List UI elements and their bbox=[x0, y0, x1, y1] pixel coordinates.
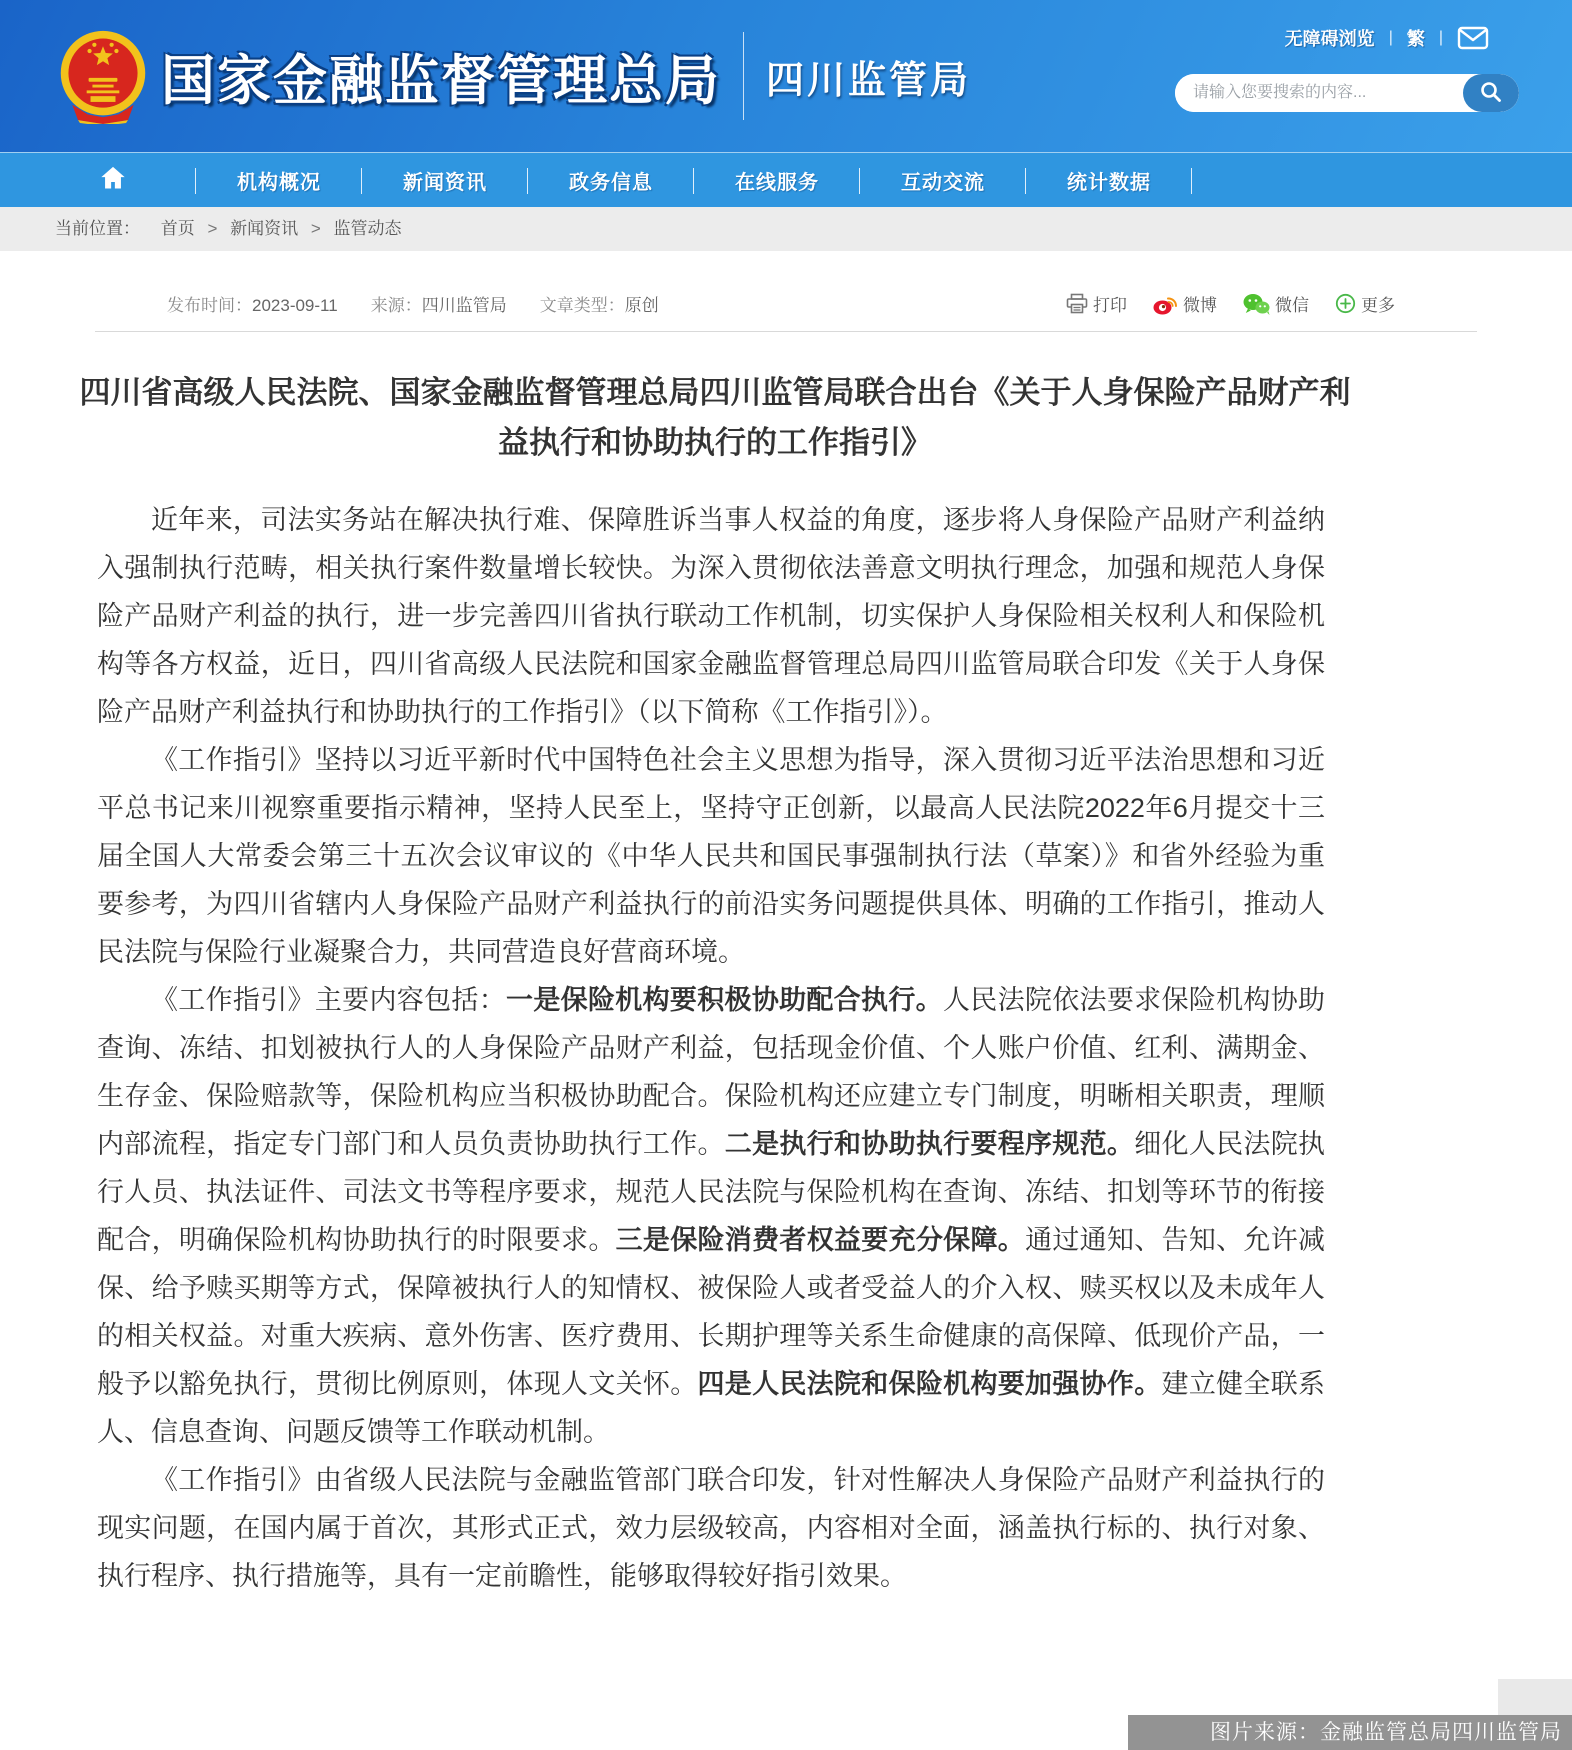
top-links-separator: | bbox=[1439, 29, 1443, 47]
image-source-watermark: 图片来源：金融监管总局四川监管局 bbox=[1128, 1715, 1572, 1750]
article-source: 来源：四川监管局 bbox=[371, 291, 507, 316]
accessibility-link[interactable]: 无障碍浏览 bbox=[1285, 25, 1375, 51]
printer-icon bbox=[1066, 293, 1088, 314]
weibo-share-button[interactable]: 微博 bbox=[1153, 291, 1217, 316]
nav-item-label: 政务信息 bbox=[569, 166, 653, 195]
nav-item-label: 新闻资讯 bbox=[403, 166, 487, 195]
publish-date: 发布时间：2023-09-11 bbox=[167, 291, 338, 316]
article-title: 四川省高级人民法院、国家金融监督管理总局四川监管局联合出台《关于人身保险产品财产… bbox=[75, 368, 1355, 468]
nav-item-news[interactable]: 新闻资讯 bbox=[362, 153, 528, 208]
print-label: 打印 bbox=[1093, 291, 1127, 316]
search-box bbox=[1175, 74, 1519, 112]
nav-item-label: 在线服务 bbox=[735, 166, 819, 195]
more-label: 更多 bbox=[1361, 291, 1395, 316]
breadcrumb-separator: > bbox=[311, 219, 321, 238]
top-links: 无障碍浏览 | 繁 | bbox=[1175, 24, 1489, 52]
article-type: 文章类型：原创 bbox=[540, 291, 659, 316]
branch-name: 四川监管局 bbox=[766, 49, 971, 104]
nav-item-label: 统计数据 bbox=[1067, 166, 1151, 195]
search-icon bbox=[1478, 79, 1504, 108]
share-toolbar: 打印 微博 bbox=[1040, 291, 1477, 316]
nav-item-statistics[interactable]: 统计数据 bbox=[1026, 153, 1192, 208]
breadcrumb-news[interactable]: 新闻资讯 bbox=[230, 219, 298, 238]
weibo-icon bbox=[1153, 293, 1178, 315]
main-nav: 机构概况 新闻资讯 政务信息 在线服务 互动交流 统计数据 bbox=[0, 152, 1572, 207]
header-branding: 国家金融监督管理总局 四川监管局 bbox=[0, 28, 971, 124]
top-links-separator: | bbox=[1389, 29, 1393, 47]
article-paragraph: 近年来，司法实务站在解决执行难、保障胜诉当事人权益的角度，逐步将人身保险产品财产… bbox=[97, 496, 1325, 736]
article-area: 发布时间：2023-09-11 来源：四川监管局 文章类型：原创 打印 bbox=[0, 251, 1572, 1600]
circle-plus-icon bbox=[1335, 293, 1356, 314]
wechat-icon bbox=[1243, 293, 1270, 315]
article-meta: 发布时间：2023-09-11 来源：四川监管局 文章类型：原创 bbox=[95, 291, 692, 316]
footer-corner-block bbox=[1498, 1679, 1572, 1715]
breadcrumb-label: 当前位置： bbox=[55, 219, 140, 238]
search-button[interactable] bbox=[1463, 74, 1519, 112]
meta-divider bbox=[95, 331, 1477, 332]
wechat-label: 微信 bbox=[1275, 291, 1309, 316]
nav-item-label: 互动交流 bbox=[901, 166, 985, 195]
wechat-share-button[interactable]: 微信 bbox=[1243, 291, 1309, 316]
site-header: 国家金融监督管理总局 四川监管局 无障碍浏览 | 繁 | bbox=[0, 0, 1572, 152]
article-meta-row: 发布时间：2023-09-11 来源：四川监管局 文章类型：原创 打印 bbox=[95, 291, 1477, 316]
nav-item-interaction[interactable]: 互动交流 bbox=[860, 153, 1026, 208]
more-share-button[interactable]: 更多 bbox=[1335, 291, 1395, 316]
article-body: 近年来，司法实务站在解决执行难、保障胜诉当事人权益的角度，逐步将人身保险产品财产… bbox=[97, 496, 1325, 1600]
nav-item-label: 机构概况 bbox=[237, 166, 321, 195]
breadcrumb-current[interactable]: 监管动态 bbox=[334, 219, 402, 238]
home-icon bbox=[98, 164, 128, 197]
nav-home[interactable] bbox=[30, 153, 196, 208]
search-input[interactable] bbox=[1175, 74, 1463, 112]
article-paragraph: 《工作指引》主要内容包括：一是保险机构要积极协助配合执行。人民法院依法要求保险机… bbox=[97, 976, 1325, 1456]
header-title-divider bbox=[743, 32, 744, 120]
national-emblem-icon bbox=[55, 28, 151, 124]
breadcrumb-home[interactable]: 首页 bbox=[161, 219, 195, 238]
breadcrumb: 当前位置： 首页 > 新闻资讯 > 监管动态 bbox=[0, 207, 1572, 251]
weibo-label: 微博 bbox=[1183, 291, 1217, 316]
article-paragraph: 《工作指引》坚持以习近平新时代中国特色社会主义思想为指导，深入贯彻习近平法治思想… bbox=[97, 736, 1325, 976]
breadcrumb-separator: > bbox=[207, 219, 217, 238]
traditional-chinese-link[interactable]: 繁 bbox=[1407, 25, 1425, 51]
nav-item-government-info[interactable]: 政务信息 bbox=[528, 153, 694, 208]
print-button[interactable]: 打印 bbox=[1066, 291, 1127, 316]
article-paragraph: 《工作指引》由省级人民法院与金融监管部门联合印发，针对性解决人身保险产品财产利益… bbox=[97, 1456, 1325, 1600]
nav-item-organization[interactable]: 机构概况 bbox=[196, 153, 362, 208]
org-name: 国家金融监督管理总局 bbox=[161, 38, 721, 115]
mail-icon[interactable] bbox=[1457, 26, 1489, 50]
nav-item-online-services[interactable]: 在线服务 bbox=[694, 153, 860, 208]
header-utilities: 无障碍浏览 | 繁 | bbox=[1175, 24, 1519, 112]
